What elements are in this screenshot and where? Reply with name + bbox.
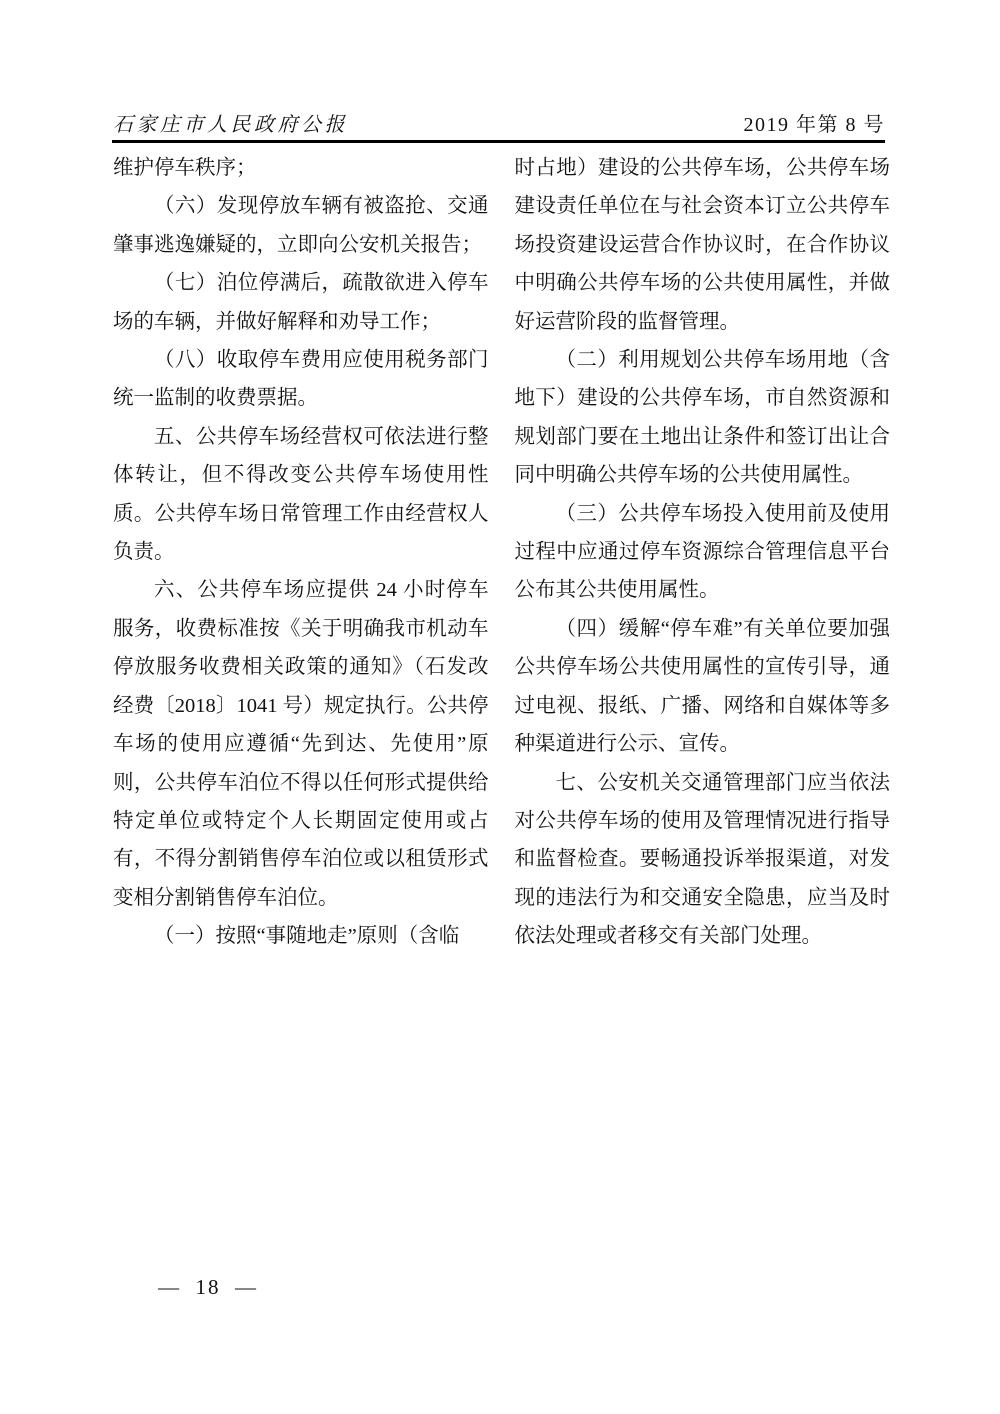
issue-number: 2019 年第 8 号 xyxy=(744,108,886,137)
paragraph-item-6: （六）发现停放车辆有被盗抢、交通肇事逃逸嫌疑的，立即向公安机关报告； xyxy=(113,187,489,264)
left-column: 维护停车秩序； （六）发现停放车辆有被盗抢、交通肇事逃逸嫌疑的，立即向公安机关报… xyxy=(113,149,489,956)
paragraph-section-6: 六、公共停车场应提供 24 小时停车服务，收费标准按《关于明确我市机动车停放服务… xyxy=(113,571,489,917)
paragraph-item-8: （八）收取停车费用应使用税务部门统一监制的收费票据。 xyxy=(113,341,489,418)
page-number: — 18 — xyxy=(158,1275,258,1299)
page-footer: — 18 — xyxy=(129,1250,258,1325)
paragraph-continuation: 时占地）建设的公共停车场，公共停车场建设责任单位在与社会资本订立公共停车场投资建… xyxy=(515,149,891,341)
paragraph-item-1: （一）按照“事随地走”原则（含临 xyxy=(113,917,489,955)
paragraph-section-5: 五、公共停车场经营权可依法进行整体转让，但不得改变公共停车场使用性质。公共停车场… xyxy=(113,418,489,572)
page-header: 石家庄市人民政府公报 2019 年第 8 号 xyxy=(113,104,885,137)
content-columns: 维护停车秩序； （六）发现停放车辆有被盗抢、交通肇事逃逸嫌疑的，立即向公安机关报… xyxy=(113,149,890,956)
paragraph-item-4: （四）缓解“停车难”有关单位要加强公共停车场公共使用属性的宣传引导，通过电视、报… xyxy=(515,610,891,764)
header-rule xyxy=(112,140,885,143)
paragraph-continuation: 维护停车秩序； xyxy=(113,149,489,187)
gazette-page: 石家庄市人民政府公报 2019 年第 8 号 维护停车秩序； （六）发现停放车辆… xyxy=(0,0,1000,1414)
right-column: 时占地）建设的公共停车场，公共停车场建设责任单位在与社会资本订立公共停车场投资建… xyxy=(515,149,891,956)
journal-title: 石家庄市人民政府公报 xyxy=(113,108,348,137)
paragraph-item-2: （二）利用规划公共停车场用地（含地下）建设的公共停车场，市自然资源和规划部门要在… xyxy=(515,341,891,495)
paragraph-section-7: 七、公安机关交通管理部门应当依法对公共停车场的使用及管理情况进行指导和监督检查。… xyxy=(515,764,891,956)
paragraph-item-3: （三）公共停车场投入使用前及使用过程中应通过停车资源综合管理信息平台公布其公共使… xyxy=(515,495,891,610)
paragraph-item-7: （七）泊位停满后，疏散欲进入停车场的车辆，并做好解释和劝导工作； xyxy=(113,264,489,341)
